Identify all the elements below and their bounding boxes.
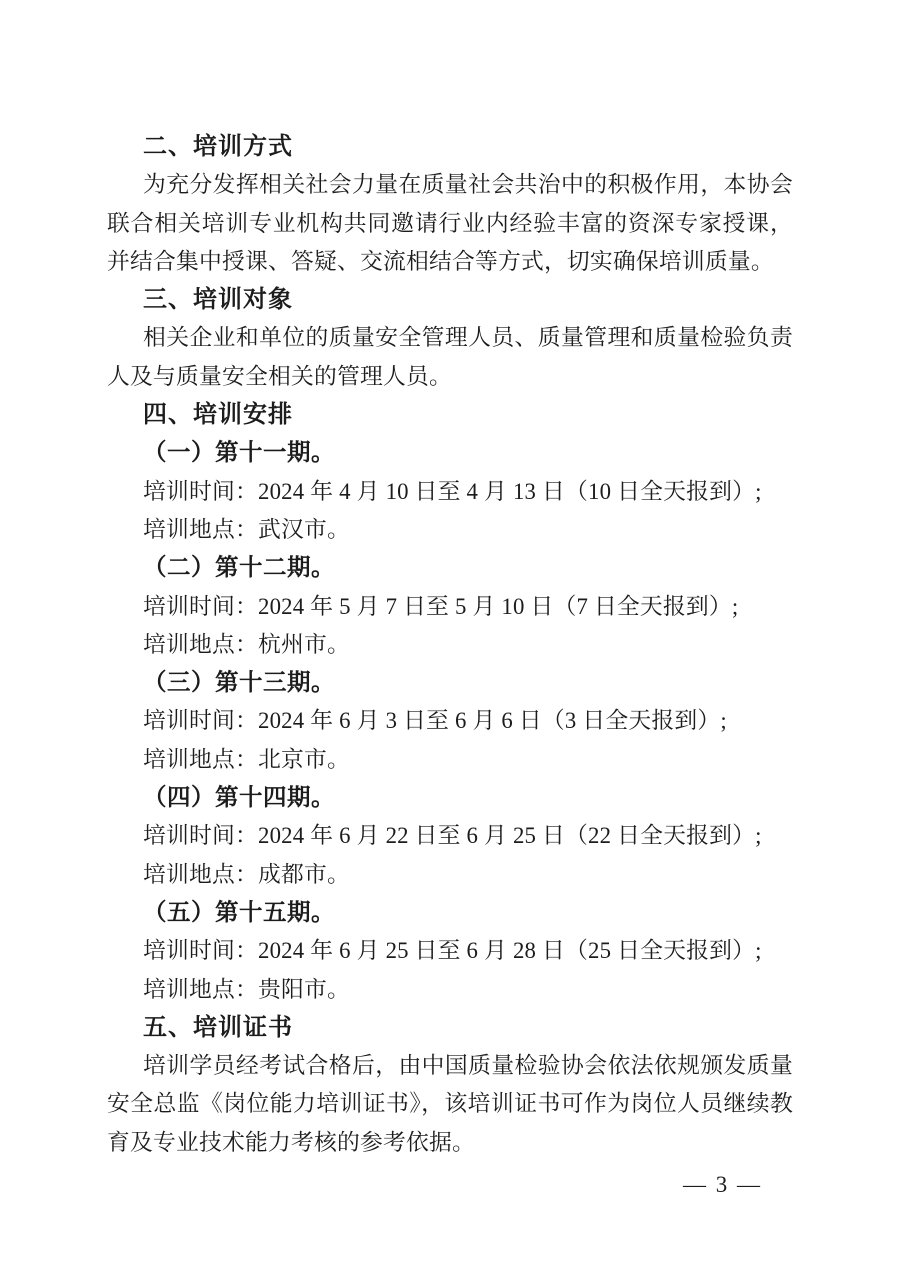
section-heading-training-method: 二、培训方式 — [107, 128, 793, 166]
document-page: 二、培训方式 为充分发挥相关社会力量在质量社会共治中的积极作用，本协会联合相关培… — [0, 0, 900, 1273]
session-11-time: 培训时间：2024 年 4 月 10 日至 4 月 13 日（10 日全天报到）… — [107, 473, 793, 511]
session-15-time: 培训时间：2024 年 6 月 25 日至 6 月 28 日（25 日全天报到）… — [107, 932, 793, 970]
session-15-location: 培训地点：贵阳市。 — [107, 971, 793, 1009]
session-14-location: 培训地点：成都市。 — [107, 856, 793, 894]
session-12-title: （二）第十二期。 — [107, 549, 793, 587]
paragraph-training-certificate: 培训学员经考试合格后，由中国质量检验协会依法依规颁发质量安全总监《岗位能力培训证… — [107, 1047, 793, 1162]
session-13-location: 培训地点：北京市。 — [107, 741, 793, 779]
session-12-location: 培训地点：杭州市。 — [107, 626, 793, 664]
session-13-title: （三）第十三期。 — [107, 664, 793, 702]
session-13-time: 培训时间：2024 年 6 月 3 日至 6 月 6 日（3 日全天报到）; — [107, 702, 793, 740]
session-14-title: （四）第十四期。 — [107, 779, 793, 817]
session-14-time: 培训时间：2024 年 6 月 22 日至 6 月 25 日（22 日全天报到）… — [107, 817, 793, 855]
session-11-location: 培训地点：武汉市。 — [107, 511, 793, 549]
section-heading-training-certificate: 五、培训证书 — [107, 1009, 793, 1047]
section-heading-training-schedule: 四、培训安排 — [107, 396, 793, 434]
page-number: — 3 — — [683, 1172, 762, 1198]
session-11-title: （一）第十一期。 — [107, 434, 793, 472]
paragraph-training-audience: 相关企业和单位的质量安全管理人员、质量管理和质量检验负责人及与质量安全相关的管理… — [107, 319, 793, 396]
document-content: 二、培训方式 为充分发挥相关社会力量在质量社会共治中的积极作用，本协会联合相关培… — [107, 128, 793, 1162]
paragraph-training-method: 为充分发挥相关社会力量在质量社会共治中的积极作用，本协会联合相关培训专业机构共同… — [107, 166, 793, 281]
session-12-time: 培训时间：2024 年 5 月 7 日至 5 月 10 日（7 日全天报到）; — [107, 588, 793, 626]
session-15-title: （五）第十五期。 — [107, 894, 793, 932]
section-heading-training-audience: 三、培训对象 — [107, 281, 793, 319]
